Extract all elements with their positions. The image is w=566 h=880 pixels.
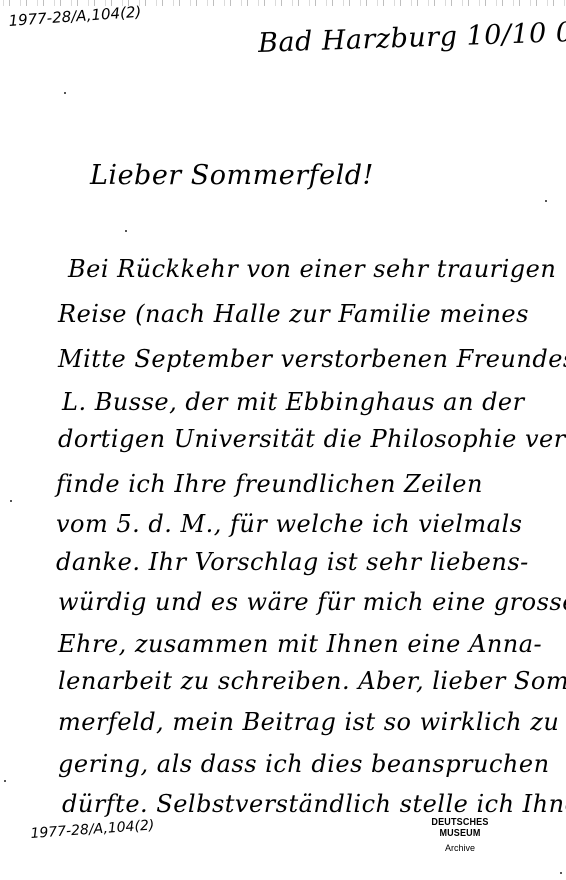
archive-stamp-subtitle: Archive xyxy=(405,843,515,853)
body-line: dürfte. Selbstverständlich stelle ich Ih… xyxy=(62,790,566,818)
body-line: Ehre, zusammen mit Ihnen eine Anna- xyxy=(58,630,542,658)
salutation: Lieber Sommerfeld! xyxy=(90,160,374,191)
body-line: finde ich Ihre freundlichen Zeilen xyxy=(56,470,483,498)
body-line: vom 5. d. M., für welche ich vielmals xyxy=(56,510,522,538)
place-date: Bad Harzburg 10/10 07. xyxy=(258,16,566,59)
archive-stamp-title: DEUTSCHES MUSEUM xyxy=(411,817,510,839)
scan-speck xyxy=(560,872,562,874)
shelfmark-top: 1977-28/A,104(2) xyxy=(8,3,142,30)
scan-edge-noise xyxy=(0,0,566,6)
body-line: Reise (nach Halle zur Familie meines xyxy=(58,300,529,328)
scan-speck xyxy=(64,92,66,94)
letter-page: 1977-28/A,104(2) Bad Harzburg 10/10 07. … xyxy=(0,0,566,880)
scan-speck xyxy=(4,780,6,782)
scan-speck xyxy=(125,230,127,232)
body-line: würdig und es wäre für mich eine grosse xyxy=(58,588,566,616)
body-line: Bei Rückkehr von einer sehr traurigen xyxy=(68,255,556,283)
body-line: dortigen Universität die Philosophie ver… xyxy=(58,425,566,453)
shelfmark-bottom: 1977-28/A,104(2) xyxy=(30,817,155,842)
body-line: L. Busse, der mit Ebbinghaus an der xyxy=(62,388,525,416)
body-line: lenarbeit zu schreiben. Aber, lieber Som… xyxy=(58,667,566,695)
body-line: merfeld, mein Beitrag ist so wirklich zu xyxy=(58,708,559,736)
scan-speck xyxy=(10,500,12,502)
body-line: Mitte September verstorbenen Freundes xyxy=(58,345,566,373)
body-line: danke. Ihr Vorschlag ist sehr liebens- xyxy=(56,548,529,576)
body-line: gering, als dass ich dies beanspruchen xyxy=(58,750,550,778)
scan-speck xyxy=(545,200,547,202)
archive-stamp: DEUTSCHES MUSEUM Archive xyxy=(405,817,515,853)
